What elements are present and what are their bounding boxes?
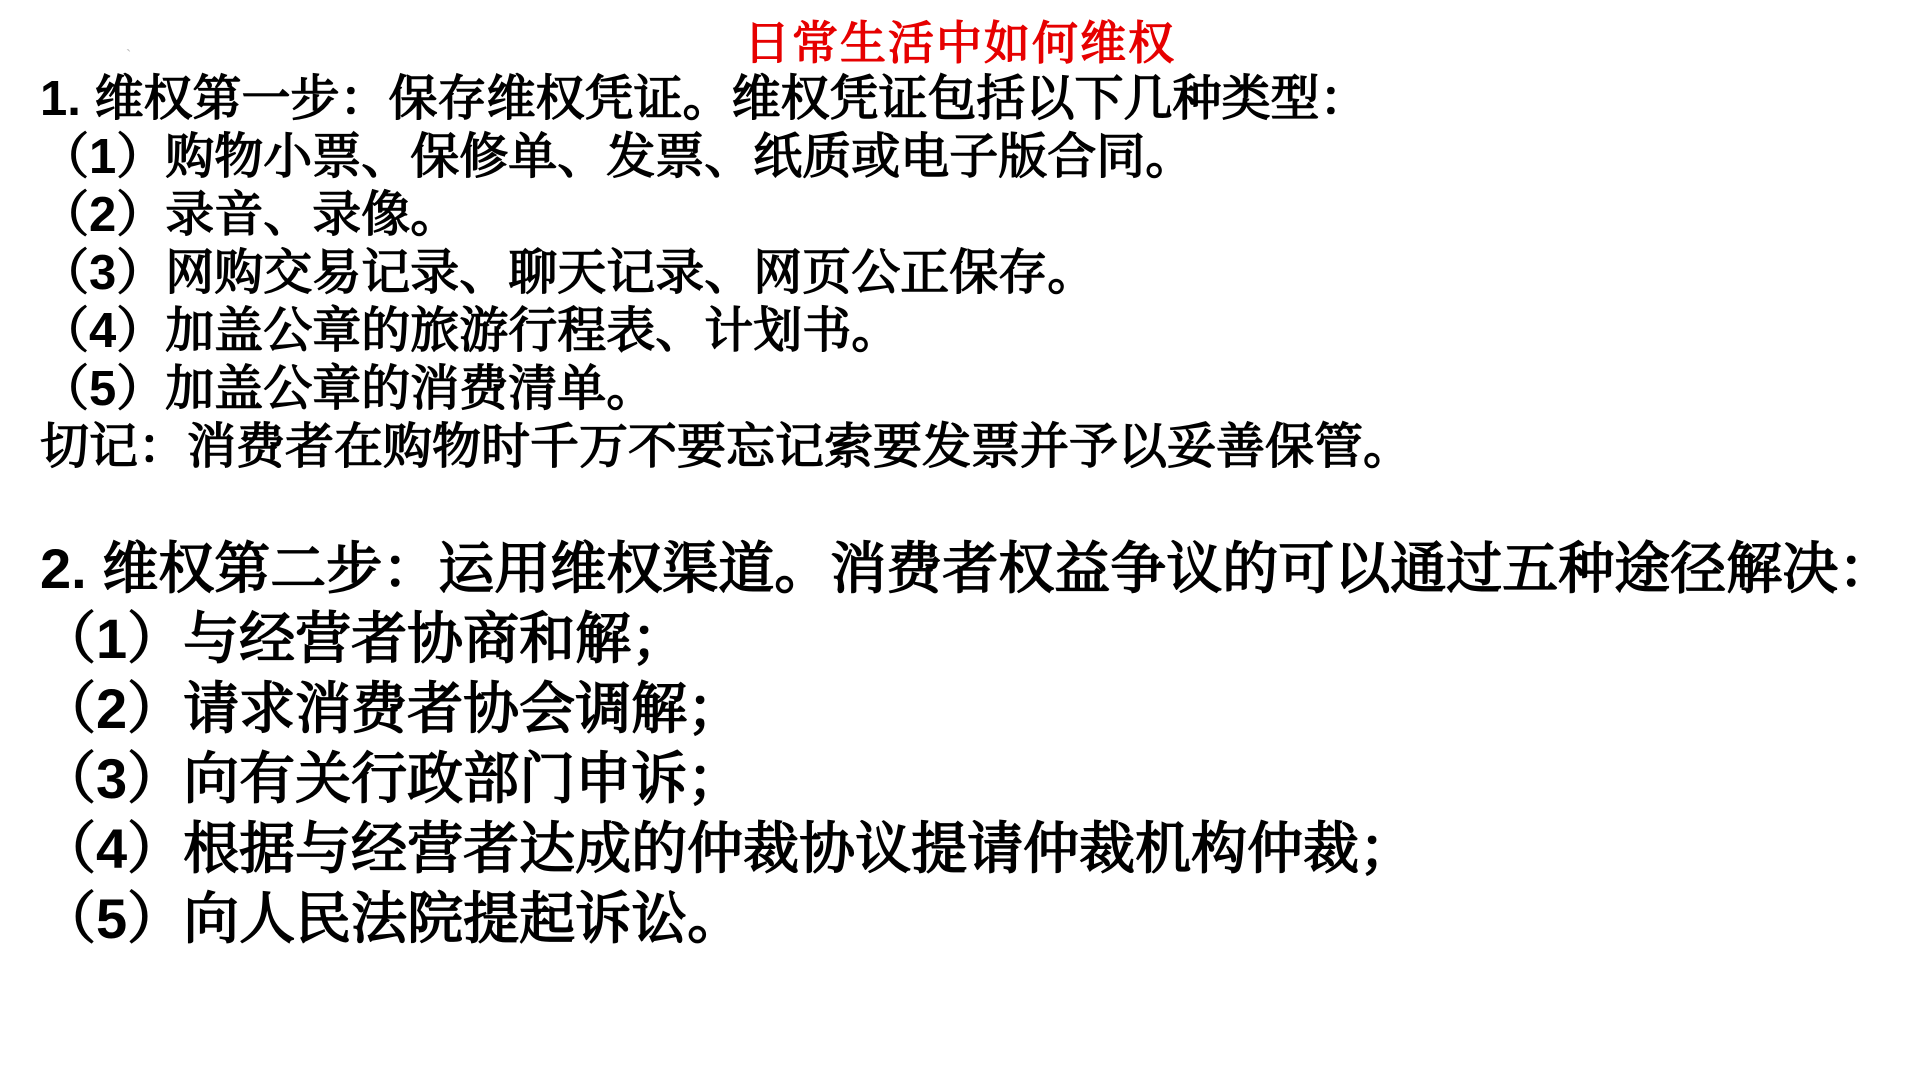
- section1-item-4: （4）加盖公章的旅游行程表、计划书。: [0, 302, 1920, 360]
- section1-item-2: （2）录音、录像。: [0, 186, 1920, 244]
- section2-item-2: （2）请求消费者协会调解；: [0, 674, 1920, 744]
- section2-item-3: （3）向有关行政部门申诉；: [0, 744, 1920, 814]
- slide-title: 日常生活中如何维权: [0, 0, 1920, 70]
- section1-item-5: （5）加盖公章的消费清单。: [0, 360, 1920, 418]
- section1-note: 切记：消费者在购物时千万不要忘记索要发票并予以妥善保管。: [0, 418, 1920, 476]
- stray-mark: `: [126, 48, 131, 66]
- section2-item-5: （5）向人民法院提起诉讼。: [0, 884, 1920, 954]
- section1-item-3: （3）网购交易记录、聊天记录、网页公正保存。: [0, 244, 1920, 302]
- section2-heading: 2. 维权第二步：运用维权渠道。消费者权益争议的可以通过五种途径解决：: [0, 534, 1920, 604]
- slide: ` 日常生活中如何维权 1. 维权第一步：保存维权凭证。维权凭证包括以下几种类型…: [0, 0, 1920, 1080]
- section1-heading: 1. 维权第一步：保存维权凭证。维权凭证包括以下几种类型：: [0, 70, 1920, 128]
- section-evidence: 1. 维权第一步：保存维权凭证。维权凭证包括以下几种类型： （1）购物小票、保修…: [0, 70, 1920, 476]
- section2-item-4: （4）根据与经营者达成的仲裁协议提请仲裁机构仲裁；: [0, 814, 1920, 884]
- section-divider-space: [0, 476, 1920, 534]
- section-channels: 2. 维权第二步：运用维权渠道。消费者权益争议的可以通过五种途径解决： （1）与…: [0, 534, 1920, 954]
- section2-item-1: （1）与经营者协商和解；: [0, 604, 1920, 674]
- section1-item-1: （1）购物小票、保修单、发票、纸质或电子版合同。: [0, 128, 1920, 186]
